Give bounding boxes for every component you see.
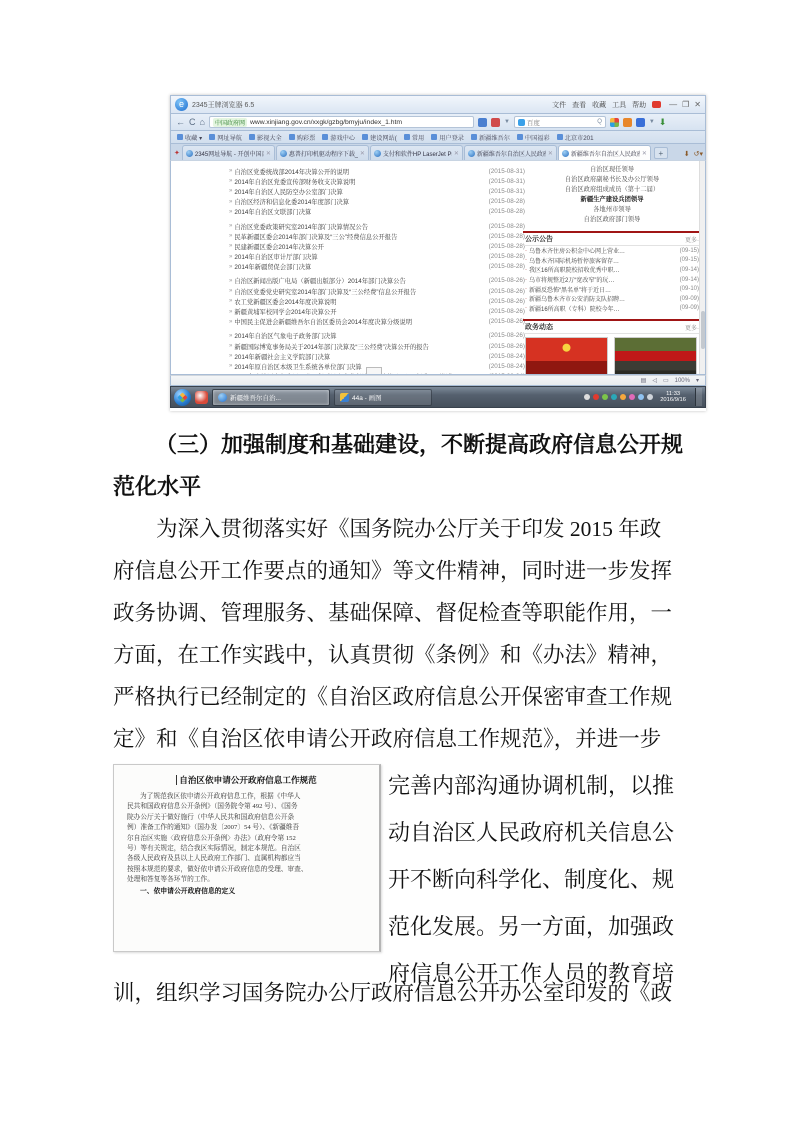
tray-icon[interactable]: [647, 394, 653, 400]
monitor-icon[interactable]: [636, 118, 645, 127]
address-bar[interactable]: 中国政府网 www.xinjiang.gov.cn/xxgk/gzbg/bmyj…: [209, 116, 474, 128]
notice-bullet-icon: ·: [525, 305, 527, 311]
window-title: 2345王牌浏览器 6.5: [192, 100, 552, 110]
list-bullet-icon: »: [229, 168, 232, 174]
scrollbar-thumb[interactable]: [701, 311, 705, 349]
boss-key-icon[interactable]: ▭: [663, 377, 669, 384]
paragraph-line: 开不断向科学化、制度化、规: [388, 856, 680, 903]
dynamics-photo-meeting[interactable]: [614, 337, 697, 375]
tray-icon[interactable]: [611, 394, 617, 400]
pagination-button[interactable]: [366, 367, 382, 375]
search-engine-icon: [518, 119, 525, 126]
leader-link[interactable]: 各地州市领导: [523, 205, 701, 215]
news-list-item[interactable]: » 自治区党委统战部2014年决算公开的说明 (2015-08-31): [229, 166, 525, 176]
tab-favicon: [562, 150, 569, 157]
scan-text-line: 为了规范我区依申请公开政府信息工作，根据《中华人: [127, 792, 366, 802]
menu-item[interactable]: 工具: [612, 100, 626, 110]
tray-icon[interactable]: [620, 394, 626, 400]
bookmark-icon: [362, 134, 368, 140]
bookmark-icon: [177, 134, 183, 140]
tab-favicon: [468, 150, 475, 157]
scan-text-line: 号）等有关规定，结合我区实际情况，制定本规范。自治区: [127, 844, 366, 854]
news-list-item[interactable]: » 民建新疆区委会2014年决算公开 (2015-08-28): [229, 241, 525, 251]
bookmark-icon: [557, 134, 563, 140]
bookmark-icon: [289, 134, 295, 140]
bookmark-icon: [471, 134, 477, 140]
notice-item[interactable]: · 新疆乌鲁木齐市公安消防支队招聘… (09-09): [523, 294, 701, 304]
notice-item[interactable]: · 乌鲁木齐国际机场暂停旅客留存… (09-15): [523, 256, 701, 266]
windows-taskbar: 新疆维吾尔自治... 44a - 画图 11:33 2016/9/16: [170, 386, 706, 408]
home-icon[interactable]: ⌂: [200, 118, 205, 127]
news-list-item[interactable]: » 中国民主促进会新疆维吾尔自治区委员会2014年度决算分级说明 (2015-0…: [229, 317, 525, 327]
dynamics-more-link[interactable]: 更多·: [685, 323, 699, 332]
bookmark-item[interactable]: 用户登录: [431, 133, 464, 142]
web-page-content: » 自治区党委统战部2014年决算公开的说明 (2015-08-31) » 20…: [170, 160, 706, 375]
taskbar-clock[interactable]: 11:33 2016/9/16: [656, 391, 690, 404]
reopen-closed-icon[interactable]: ↺▾: [694, 150, 703, 158]
news-list-item[interactable]: » 民革新疆区委会2014年部门决算及“三公”经费信息公开报告 (2015-08…: [229, 231, 525, 241]
notice-more-link[interactable]: 更多·: [685, 235, 699, 244]
notice-item[interactable]: · 乌市将规整近2万“宽改窄”的玩… (09-14): [523, 275, 701, 285]
bookmark-icon: [431, 134, 437, 140]
leader-link[interactable]: 自治区政府组成成员（第十二届）: [523, 185, 701, 195]
apps-grid-icon[interactable]: [610, 118, 619, 127]
scan-text-line: 民共和国政府信息公开条例》（国务院令第 492 号）、《国务: [127, 802, 366, 812]
menu-item[interactable]: 帮助: [632, 100, 646, 110]
bookmark-icon: [404, 134, 410, 140]
browser-screenshot: e 2345王牌浏览器 6.5 文件查看收藏工具帮助 — ❐ ✕ ← C ⌂ 中…: [170, 95, 706, 411]
notice-bullet-icon: ·: [525, 248, 527, 254]
tray-icon[interactable]: [584, 394, 590, 400]
news-list-item[interactable]: » 自治区党委政策研究室2014年部门决算情况公告 (2015-08-28): [229, 221, 525, 231]
menu-item[interactable]: 查看: [572, 100, 586, 110]
list-bullet-icon: »: [229, 264, 232, 270]
notice-item[interactable]: · 我区16所高职院校招收优秀中职… (09-14): [523, 265, 701, 275]
search-placeholder: 百度: [527, 118, 595, 127]
list-bullet-icon: »: [229, 223, 232, 229]
list-bullet-icon: »: [229, 178, 232, 184]
addr-dropdown-icon[interactable]: ▼: [504, 119, 510, 125]
start-button[interactable]: [174, 389, 191, 406]
tab-close-icon[interactable]: ✕: [454, 150, 459, 157]
search-icon[interactable]: Q: [597, 119, 602, 125]
scan-text-line: 院办公厅关于做好施行（中华人民共和国政府信息公开条: [127, 813, 366, 823]
scan-text-line: 处理和答复等各环节的工作。: [127, 875, 366, 885]
browser-tab[interactable]: 2345网址导航 - 开创中国百年 ✕: [182, 145, 275, 160]
tab-favicon: [374, 150, 381, 157]
list-bullet-icon: »: [229, 374, 232, 375]
list-bullet-icon: »: [229, 298, 232, 304]
list-bullet-icon: »: [229, 243, 232, 249]
bookmark-item[interactable]: 收藏 ▾: [177, 133, 202, 142]
news-list-item[interactable]: » 2014年自治区审计厅部门决算 (2015-08-28): [229, 252, 525, 262]
back-icon[interactable]: ←: [176, 118, 185, 127]
mute-icon[interactable]: ◁: [652, 377, 657, 384]
show-desktop-button[interactable]: [695, 388, 702, 406]
sidebar: 自治区现任领导自治区政府副秘书长及办公厅领导自治区政府组成成员（第十二届）新疆生…: [523, 165, 701, 375]
browser-logo-icon: e: [175, 98, 188, 111]
list-bullet-icon: »: [229, 363, 232, 369]
reading-mode-icon[interactable]: ▤: [641, 377, 647, 384]
menu-item[interactable]: 收藏: [592, 100, 606, 110]
bookmark-icon: [322, 134, 328, 140]
list-bullet-icon: »: [229, 288, 232, 294]
tab-close-icon[interactable]: ✕: [266, 150, 271, 157]
list-bullet-icon: »: [229, 333, 232, 339]
list-bullet-icon: »: [229, 278, 232, 284]
favorite-icon[interactable]: [491, 118, 500, 127]
list-bullet-icon: »: [229, 309, 232, 315]
notice-panel: 公示公告 更多· · 乌鲁木齐住房公积金中心网上营业… (09-15) ·: [523, 231, 701, 313]
tab-close-icon[interactable]: ✕: [548, 150, 553, 157]
zoom-level[interactable]: 100%: [675, 378, 690, 384]
notice-panel-title: 公示公告: [525, 234, 553, 244]
list-bullet-icon: »: [229, 209, 232, 215]
bookmarks-bar: 收藏 ▾ 网址导航 影视大全 购彩票 游戏中心: [170, 130, 706, 143]
notice-bullet-icon: ·: [525, 296, 527, 302]
taskbar-app-paint[interactable]: 44a - 画图: [334, 389, 432, 406]
section-heading-line2: 范化水平: [113, 466, 680, 508]
news-list-item[interactable]: » 2014年自治区党委宣传部财务收支决算说明 (2015-08-31): [229, 176, 525, 186]
paint-app-icon: [340, 393, 349, 402]
screenshot-icon[interactable]: [623, 118, 632, 127]
restore-icon[interactable]: ❐: [682, 100, 689, 109]
site-verify-badge: 中国政府网: [213, 118, 247, 127]
news-list-item[interactable]: » 自治区经济和信息化委2014年度部门决算 (2015-08-28): [229, 197, 525, 207]
taskbar-app-browser[interactable]: 新疆维吾尔自治...: [212, 389, 330, 406]
browser-tab[interactable]: 惠普打印机驱动程序下载_官方 ✕: [276, 145, 369, 160]
news-list: » 自治区党委统战部2014年决算公开的说明 (2015-08-31) » 20…: [229, 166, 525, 375]
paragraph-line: 政务协调、管理服务、基础保障、督促检查等职能作用，一: [113, 592, 680, 634]
paragraph-line: 为深入贯彻落实好《国务院办公厅关于印发 2015 年政: [113, 508, 680, 550]
bookmark-item[interactable]: 影视大全: [249, 133, 282, 142]
news-list-item[interactable]: » 2014年自治区文联部门决算 (2015-08-28): [229, 207, 525, 217]
promo-badge-icon[interactable]: [652, 101, 661, 108]
browser-tab[interactable]: 支付和软件HP LaserJet Pro 4 ✕: [370, 145, 463, 160]
paragraph-line: 府信息公开工作人员的教育培: [388, 950, 680, 997]
notice-bullet-icon: ·: [525, 257, 527, 263]
notice-item[interactable]: · 新疆16所高职（专科）院校今年… (09-09): [523, 304, 701, 314]
search-box[interactable]: 百度 Q: [514, 116, 606, 128]
new-tab-button[interactable]: +: [654, 147, 668, 159]
list-bullet-icon: »: [229, 233, 232, 239]
tray-icon[interactable]: [602, 394, 608, 400]
dynamics-panel-title: 政务动态: [525, 322, 553, 332]
downloads-icon[interactable]: ⬇: [684, 150, 690, 158]
tab-favicon: [280, 150, 287, 157]
paragraph-line: 府信息公开工作要点的通知》等文件精神，同时进一步发挥: [113, 550, 680, 592]
wrapped-media-block: 自治区依申请公开政府信息工作规范 为了规范我区依申请公开政府信息工作，根据《中华…: [113, 762, 680, 970]
notice-bullet-icon: ·: [525, 267, 527, 273]
system-tray: 11:33 2016/9/16: [584, 388, 702, 406]
navigation-bar: ← C ⌂ 中国政府网 www.xinjiang.gov.cn/xxgk/gzb…: [170, 113, 706, 130]
leader-link[interactable]: 自治区现任领导: [523, 165, 701, 175]
url-text[interactable]: www.xinjiang.gov.cn/xxgk/gzbg/bmyju/inde…: [250, 119, 402, 126]
news-list-item[interactable]: » 2014年新疆贸促会部门决算 (2015-08-28): [229, 262, 525, 272]
list-bullet-icon: »: [229, 343, 232, 349]
scan-title: 自治区依申请公开政府信息工作规范: [127, 774, 366, 786]
tray-icon[interactable]: [593, 394, 599, 400]
bookmark-item[interactable]: 游戏中心: [322, 133, 355, 142]
paragraph-line: 范化发展。另一方面，加强政: [388, 903, 680, 950]
tab-favicon: [186, 150, 193, 157]
pinned-app-icon[interactable]: [195, 391, 208, 404]
leader-link[interactable]: 自治区政府部门领导: [523, 215, 701, 225]
leader-link[interactable]: 新疆生产建设兵团领导: [523, 195, 701, 205]
scan-text-line: 尔自治区实施〈政府信息公开条例〉办法》（政府令第 152: [127, 834, 366, 844]
news-list-item[interactable]: » 2014年自治区人民防空办公室部门决算 (2015-08-31): [229, 186, 525, 196]
browser-statusbar: ▤ ◁ ▭ 100% ▾: [170, 375, 706, 386]
menu-bar: 文件查看收藏工具帮助: [552, 100, 646, 110]
browser-app-icon: [218, 393, 227, 402]
list-bullet-icon: »: [229, 188, 232, 194]
tab-close-icon[interactable]: ✕: [642, 150, 647, 157]
leaders-links: 自治区现任领导自治区政府副秘书长及办公厅领导自治区政府组成成员（第十二届）新疆生…: [523, 165, 701, 225]
list-bullet-icon: »: [229, 254, 232, 260]
menu-item[interactable]: 文件: [552, 100, 566, 110]
scan-text-line: 例）准备工作的通知》（国办发〔2007〕54 号）、《新疆维吾: [127, 823, 366, 833]
bookmark-item[interactable]: 新疆维吾尔: [471, 133, 510, 142]
session-restore-icon[interactable]: ✦: [173, 149, 182, 160]
download-circle-icon[interactable]: ⬇: [659, 118, 667, 127]
bookmark-item[interactable]: 中国福彩: [517, 133, 550, 142]
page-scrollbar[interactable]: [699, 161, 705, 374]
bookmark-item[interactable]: 北京市201: [557, 133, 594, 142]
scan-text-line: 各级人民政府及县以上人民政府工作部门、直属机构都应当: [127, 854, 366, 864]
news-list-item[interactable]: » 自治区新闻出版广电局（新疆出版部分）2014年部门决算公告 (2015-08…: [229, 276, 525, 286]
bookmark-icon: [249, 134, 255, 140]
news-list-item[interactable]: » 2014年新疆社会主义学院部门决算 (2015-08-24): [229, 351, 525, 361]
scan-text-line: 按照本规范的要求，做好依申请公开政府信息的受理、审查、: [127, 865, 366, 875]
wrapped-text-column: 完善内部沟通协调机制，以推动自治区人民政府机关信息公开不断向科学化、制度化、规范…: [388, 762, 680, 997]
news-list-item[interactable]: » 新疆国际博览事务局关于2014年部门决算及“三公经费”决算公开的报告 (20…: [229, 341, 525, 351]
bookmark-item[interactable]: 购彩票: [289, 133, 316, 142]
bookmark-item[interactable]: 常用: [404, 133, 424, 142]
notice-bullet-icon: ·: [525, 286, 527, 292]
document-body: （三）加强制度和基础建设，不断提高政府信息公开规 范化水平 为深入贯彻落实好《国…: [113, 424, 680, 1015]
tools-dropdown-icon[interactable]: ▼: [649, 119, 655, 125]
notice-bullet-icon: ·: [525, 277, 527, 283]
tray-icon[interactable]: [638, 394, 644, 400]
translate-icon[interactable]: [478, 118, 487, 127]
tab-close-icon[interactable]: ✕: [360, 150, 365, 157]
paragraph: 为深入贯彻落实好《国务院办公厅关于印发 2015 年政府信息公开工作要点的通知》…: [113, 508, 680, 760]
list-bullet-icon: »: [229, 319, 232, 325]
browser-titlebar: e 2345王牌浏览器 6.5 文件查看收藏工具帮助 — ❐ ✕: [170, 95, 706, 113]
bookmark-item[interactable]: 网址导航: [209, 133, 242, 142]
scan-subheading: 一、依申请公开政府信息的定义: [127, 886, 366, 897]
paragraph-line: 动自治区人民政府机关信息公: [388, 809, 680, 856]
close-icon[interactable]: ✕: [694, 100, 701, 109]
windows-flag-icon: [177, 392, 187, 402]
list-bullet-icon: »: [229, 199, 232, 205]
dynamics-panel: 政务动态 更多·: [523, 319, 701, 375]
news-list-item[interactable]: » 新疆黄埔军校同学会2014年决算公开 (2015-08-26): [229, 306, 525, 316]
paragraph-line: 方面，在工作实践中，认真贯彻《条例》和《办法》精神，: [113, 634, 680, 676]
browser-tab[interactable]: 新疆维吾尔自治区人民政府— ✕: [464, 145, 557, 160]
paragraph-line: 定》和《自治区依申请公开政府信息工作规范》，并进一步: [113, 718, 680, 760]
paragraph-line: 完善内部沟通协调机制，以推: [388, 762, 680, 809]
paragraph-line: 严格执行已经制定的《自治区政府信息公开保密审查工作规: [113, 676, 680, 718]
notice-item[interactable]: · 新疆反恐怖“黑名单”将于近日… (09-10): [523, 284, 701, 294]
zoom-dropdown-icon[interactable]: ▾: [696, 377, 699, 384]
section-heading-line1: （三）加强制度和基础建设，不断提高政府信息公开规: [113, 424, 680, 466]
bookmark-icon: [517, 134, 523, 140]
refresh-icon[interactable]: C: [189, 118, 196, 127]
news-list-item[interactable]: » 农工党新疆区委会2014年度决算说明 (2015-08-26): [229, 296, 525, 306]
bookmark-item[interactable]: 建设网站(: [362, 133, 397, 142]
minimize-icon[interactable]: —: [669, 100, 677, 109]
embedded-document-image: 自治区依申请公开政府信息工作规范 为了规范我区依申请公开政府信息工作，根据《中华…: [113, 764, 381, 952]
bookmark-icon: [209, 134, 215, 140]
list-bullet-icon: »: [229, 353, 232, 359]
tray-icon[interactable]: [629, 394, 635, 400]
browser-tab[interactable]: 新疆维吾尔自治区人民政府— ✕: [558, 145, 651, 160]
news-list-item[interactable]: » 2014年自治区气象电子政务部门决算 (2015-08-26): [229, 331, 525, 341]
dynamics-photo-congress[interactable]: [525, 337, 608, 375]
tab-bar: ✦ 2345网址导航 - 开创中国百年 ✕ 惠普打印机驱动程序下载_官方 ✕ 支…: [170, 143, 706, 160]
news-list-item[interactable]: » 自治区党委党史研究室2014年部门决算及“三公经费”信息公开报告 (2015…: [229, 286, 525, 296]
leader-link[interactable]: 自治区政府副秘书长及办公厅领导: [523, 175, 701, 185]
notice-item[interactable]: · 乌鲁木齐住房公积金中心网上营业… (09-15): [523, 246, 701, 256]
